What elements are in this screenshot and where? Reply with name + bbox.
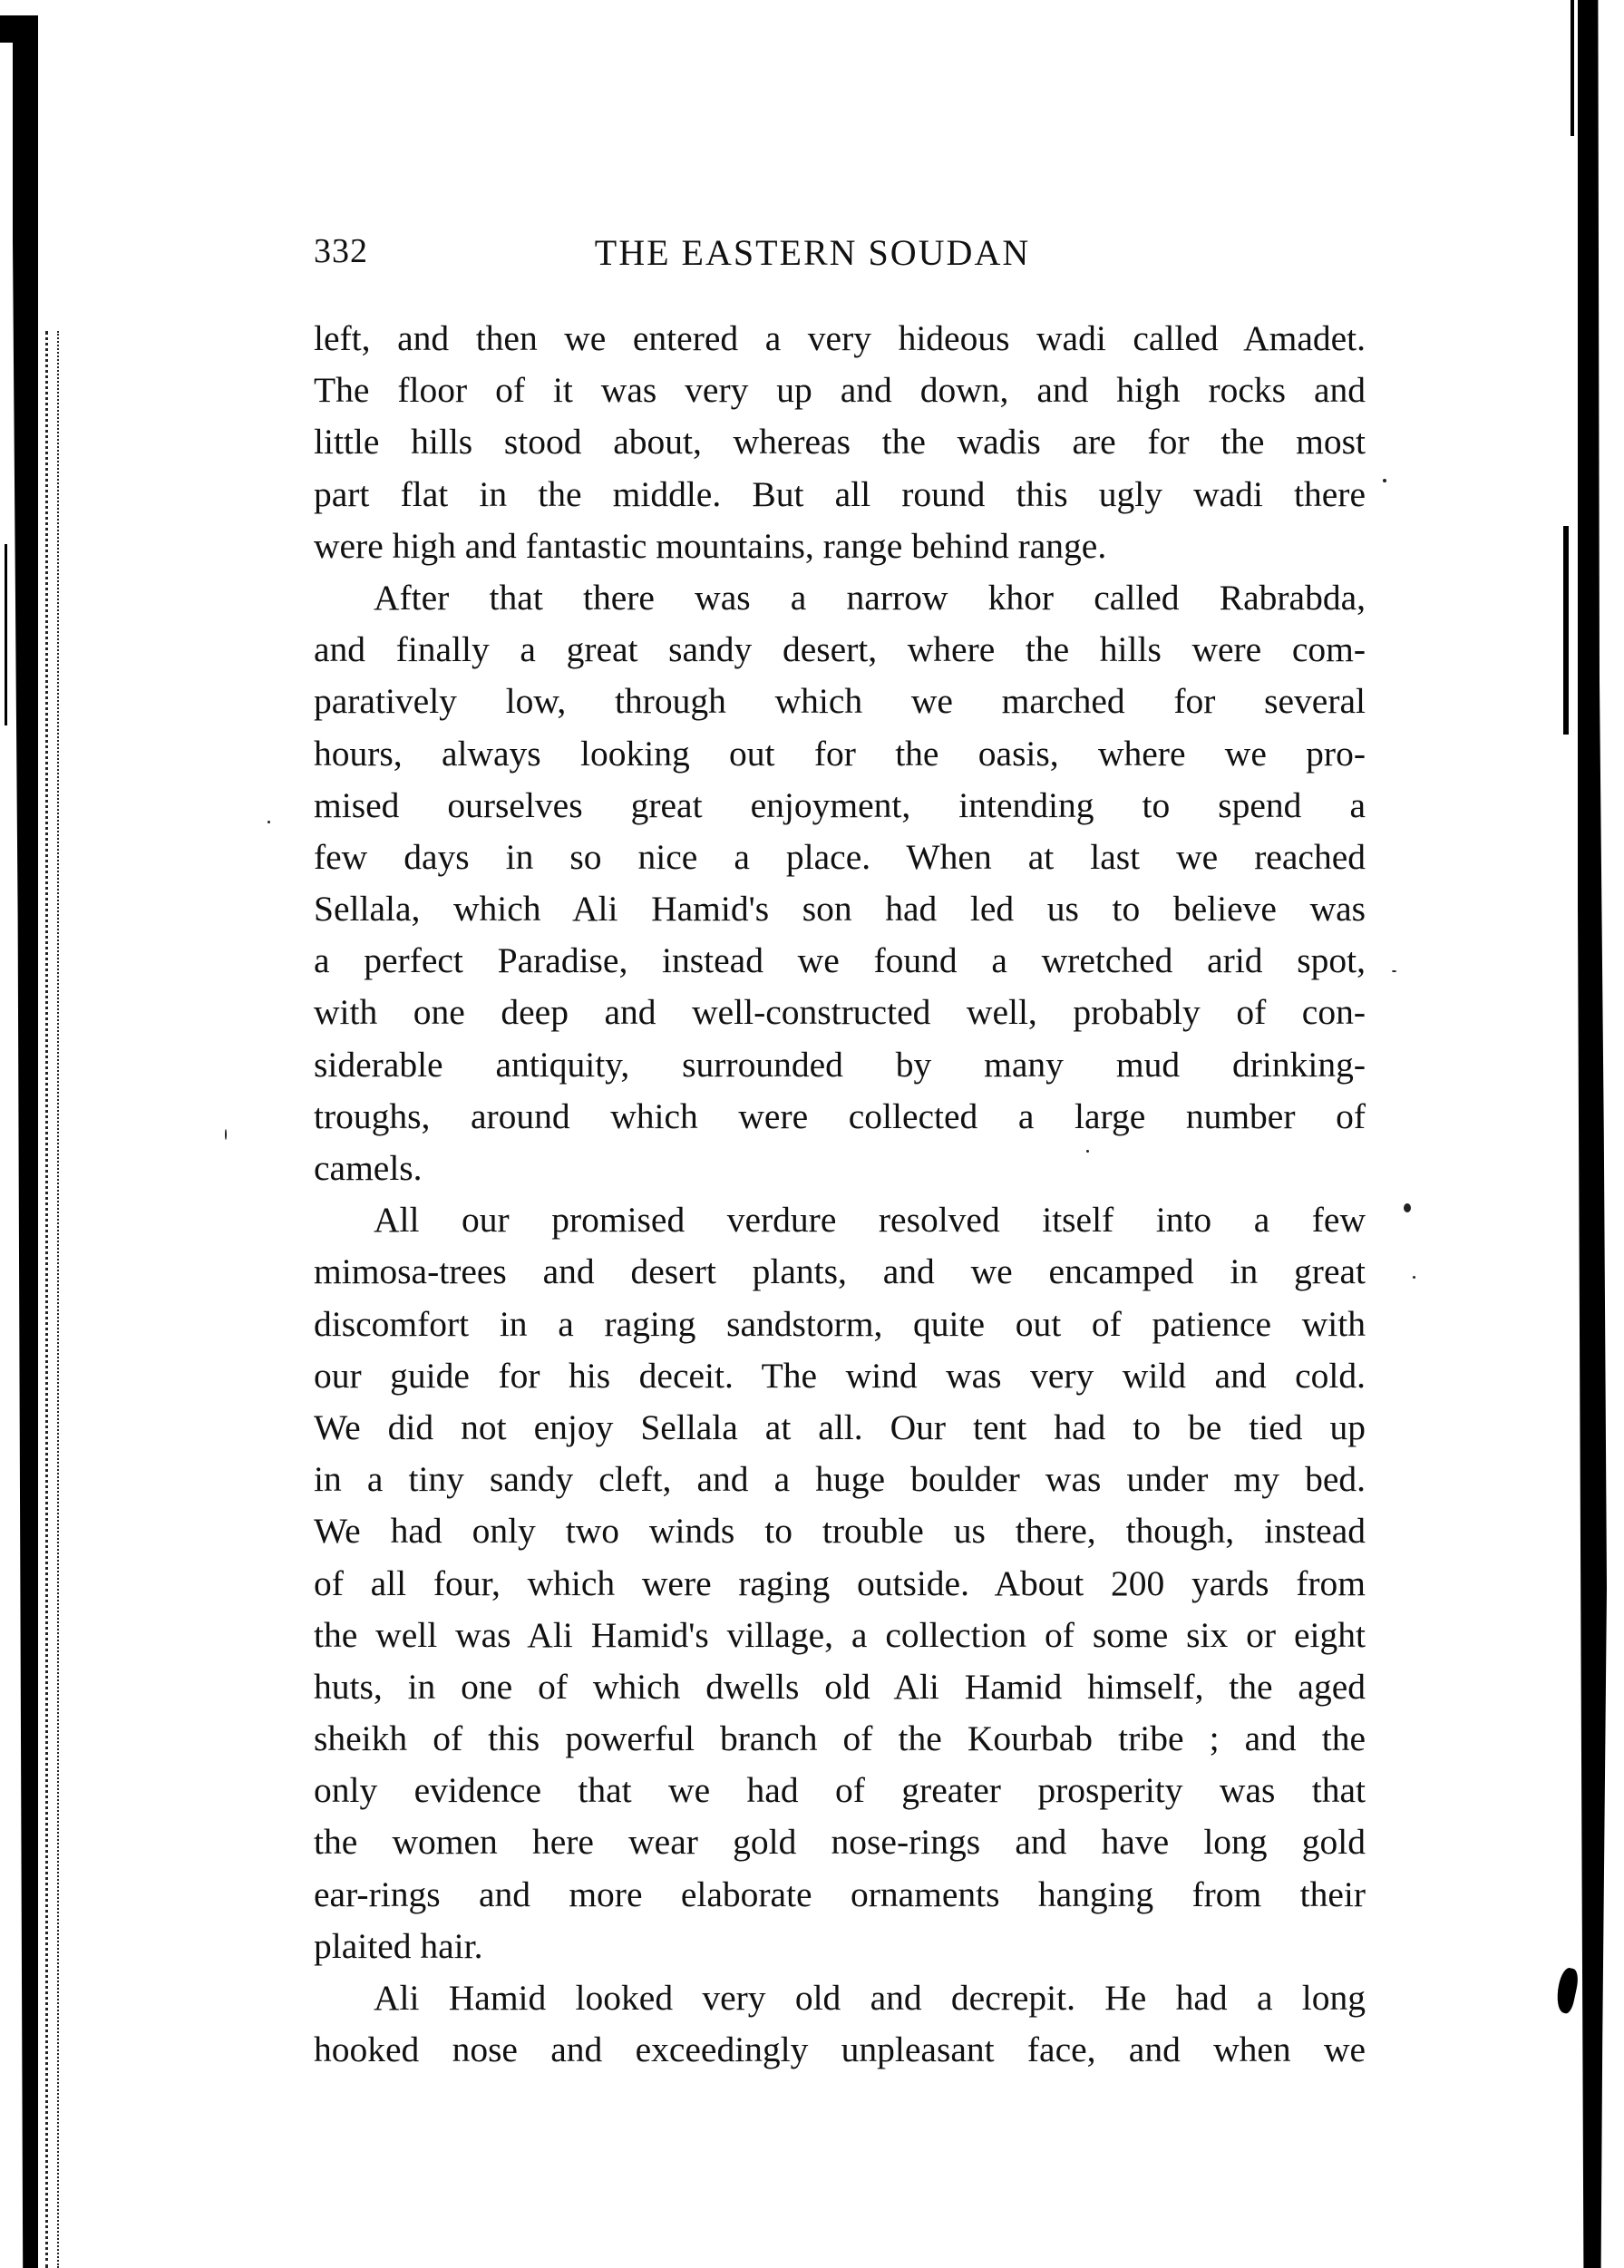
text-line: hooked nose and exceedingly unpleasant f…: [314, 2024, 1366, 2076]
scan-edge-right-blob: [1553, 1966, 1580, 2014]
text-line: Sellala, which Ali Hamid's son had led u…: [314, 883, 1366, 935]
text-line: We did not enjoy Sellala at all. Our ten…: [314, 1402, 1366, 1454]
text-line: We had only two winds to trouble us ther…: [314, 1505, 1366, 1557]
text-line: few days in so nice a place. When at las…: [314, 832, 1366, 883]
scan-edge-left: [13, 15, 38, 2268]
text-line: paratively low, through which we marched…: [314, 676, 1366, 727]
text-line: siderable antiquity, surrounded by many …: [314, 1039, 1366, 1091]
text-line: and finally a great sandy desert, where …: [314, 624, 1366, 676]
text-line: the well was Ali Hamid's village, a coll…: [314, 1610, 1366, 1661]
running-head: 332 THE EASTERN SOUDAN: [314, 231, 1366, 286]
text-line: only evidence that we had of greater pro…: [314, 1765, 1366, 1816]
text-line: After that there was a narrow khor calle…: [314, 572, 1366, 624]
text-line: our guide for his deceit. The wind was v…: [314, 1350, 1366, 1402]
body-text: left, and then we entered a very hideous…: [314, 313, 1366, 2076]
text-line: The floor of it was very up and down, an…: [314, 365, 1366, 416]
scan-edge-left-thin: [5, 544, 7, 725]
speck: [1404, 1203, 1411, 1212]
text-line: plaited hair.: [314, 1921, 1366, 1972]
book-page: 332 THE EASTERN SOUDAN left, and then we…: [314, 231, 1366, 2076]
speck: [225, 1129, 227, 1140]
text-line: mised ourselves great enjoyment, intendi…: [314, 780, 1366, 832]
text-line: troughs, around which were collected a l…: [314, 1091, 1366, 1143]
text-line: All our promised verdure resolved itself…: [314, 1194, 1366, 1246]
scan-edge-left-trace: [45, 331, 59, 2268]
text-line: discomfort in a raging sandstorm, quite …: [314, 1299, 1366, 1350]
running-title: THE EASTERN SOUDAN: [314, 231, 1366, 274]
text-line: left, and then we entered a very hideous…: [314, 313, 1366, 365]
speck: [1413, 1276, 1415, 1279]
text-line: were high and fantastic mountains, range…: [314, 521, 1366, 572]
text-line: a perfect Paradise, instead we found a w…: [314, 935, 1366, 987]
scan-edge-right: [1578, 0, 1607, 2268]
paragraph-2: After that there was a narrow khor calle…: [314, 572, 1366, 1194]
text-line: the women here wear gold nose-rings and …: [314, 1816, 1366, 1868]
text-line: mimosa-trees and desert plants, and we e…: [314, 1246, 1366, 1298]
scan-edge-left-top: [0, 15, 13, 43]
text-line: with one deep and well-constructed well,…: [314, 987, 1366, 1038]
speck: [267, 821, 270, 823]
text-line: part flat in the middle. But all round t…: [314, 469, 1366, 521]
speck: [1392, 970, 1396, 972]
text-line: sheikh of this powerful branch of the Ko…: [314, 1713, 1366, 1765]
paragraph-4: Ali Hamid looked very old and decrepit. …: [314, 1972, 1366, 2076]
text-line: little hills stood about, whereas the wa…: [314, 416, 1366, 468]
text-line: camels.: [314, 1143, 1366, 1194]
text-line: hours, always looking out for the oasis,…: [314, 728, 1366, 780]
text-line: huts, in one of which dwells old Ali Ham…: [314, 1661, 1366, 1713]
text-line: ear-rings and more elaborate ornaments h…: [314, 1869, 1366, 1921]
paragraph-1: left, and then we entered a very hideous…: [314, 313, 1366, 572]
scan-edge-right-sliver: [1563, 526, 1569, 735]
text-line: Ali Hamid looked very old and decrepit. …: [314, 1972, 1366, 2024]
text-line: in a tiny sandy cleft, and a huge boulde…: [314, 1454, 1366, 1505]
text-line: of all four, which were raging outside. …: [314, 1558, 1366, 1610]
speck: [1383, 479, 1386, 482]
paragraph-3: All our promised verdure resolved itself…: [314, 1194, 1366, 1972]
